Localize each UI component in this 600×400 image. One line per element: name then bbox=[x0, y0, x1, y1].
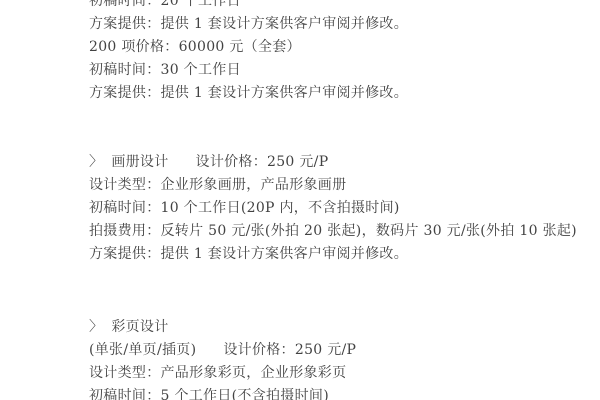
doc-line: 初稿时间：30 个工作日 bbox=[89, 59, 559, 82]
section-title: 彩页设计 bbox=[111, 319, 168, 335]
doc-line: 方案提供：提供 1 套设计方案供客户审阅并修改。 bbox=[89, 13, 559, 36]
section-subtitle-line: (单张/单页/插页)设计价格：250 元/P bbox=[89, 339, 559, 362]
price-list-document: 初稿时间：20 个工作日 方案提供：提供 1 套设计方案供客户审阅并修改。 20… bbox=[89, 0, 559, 400]
angle-bracket-marker-icon: 〉 bbox=[89, 151, 103, 174]
doc-line: 设计类型：产品形象彩页，企业形象彩页 bbox=[89, 362, 559, 385]
section-heading-line: 〉画册设计设计价格：250 元/P bbox=[89, 151, 559, 174]
section-brochure-design: 〉画册设计设计价格：250 元/P 设计类型：企业形象画册，产品形象画册 初稿时… bbox=[89, 151, 559, 266]
doc-line: 初稿时间：5 个工作日(不含拍摄时间) bbox=[89, 385, 559, 400]
section-color-page-design: 〉彩页设计 (单张/单页/插页)设计价格：250 元/P 设计类型：产品形象彩页… bbox=[89, 316, 559, 400]
doc-line: 初稿时间：20 个工作日 bbox=[89, 0, 559, 13]
section-price-label: 设计价格：250 元/P bbox=[196, 151, 329, 174]
section-previous-package-tail: 初稿时间：20 个工作日 方案提供：提供 1 套设计方案供客户审阅并修改。 20… bbox=[89, 0, 559, 105]
doc-line: 初稿时间：10 个工作日(20P 内，不含拍摄时间) bbox=[89, 197, 559, 220]
section-price-label: 设计价格：250 元/P bbox=[223, 339, 356, 362]
angle-bracket-marker-icon: 〉 bbox=[89, 316, 103, 339]
doc-line: 设计类型：企业形象画册，产品形象画册 bbox=[89, 174, 559, 197]
section-title: 画册设计 bbox=[111, 154, 168, 170]
doc-line: 方案提供：提供 1 套设计方案供客户审阅并修改。 bbox=[89, 82, 559, 105]
doc-line: 200 项价格：60000 元（全套） bbox=[89, 36, 559, 59]
doc-line: 方案提供：提供 1 套设计方案供客户审阅并修改。 bbox=[89, 243, 559, 266]
doc-line: 拍摄费用：反转片 50 元/张(外拍 20 张起)，数码片 30 元/张(外拍 … bbox=[89, 220, 559, 243]
section-subtitle: (单张/单页/插页) bbox=[89, 342, 196, 358]
section-heading-line: 〉彩页设计 bbox=[89, 316, 559, 339]
